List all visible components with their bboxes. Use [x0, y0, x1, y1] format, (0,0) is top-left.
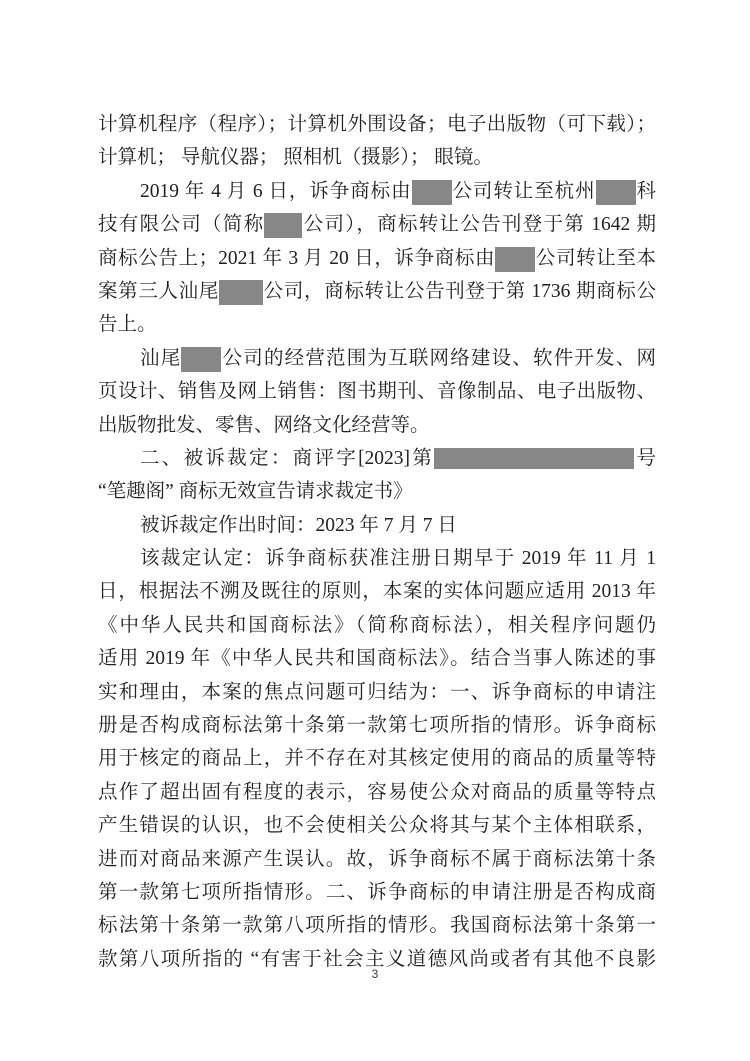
redaction-box: [434, 448, 634, 469]
text-line: 《中华人民共和国商标法》（简称商标法），相关程序问题仍: [98, 609, 656, 642]
text-segment: 被诉裁定作出时间：2023 年 7 月 7 日: [140, 515, 457, 536]
text-line: 第一款第七项所指情形。二、诉争商标的申请注册是否构成商: [98, 876, 656, 909]
text-line: 案第三人汕尾公司，商标转让公告刊登于第 1736 期商标公: [98, 275, 656, 308]
text-segment: 日，根据法不溯及既往的原则，本案的实体问题应适用 2013 年: [98, 581, 656, 602]
text-line: 产生错误的认识，也不会使相关公众将其与某个主体相联系，: [98, 809, 656, 842]
redaction-box: [495, 247, 535, 272]
text-line: 二、被诉裁定：商评字[2023]第号: [98, 442, 656, 475]
text-segment: 《中华人民共和国商标法》（简称商标法），相关程序问题仍: [98, 615, 656, 636]
text-segment: 号: [634, 448, 656, 469]
text-segment: 点作了超出固有程度的表示，容易使公众对商品的质量等特点: [98, 782, 656, 803]
text-segment: 用于核定的商品上，并不存在对其核定使用的商品的质量等特: [98, 748, 656, 769]
text-segment: 告上。: [98, 314, 157, 335]
text-segment: 册是否构成商标法第十条第一款第七项所指的情形。诉争商标: [98, 715, 656, 736]
text-segment: 案第三人汕尾: [98, 281, 219, 302]
text-line: 计算机； 导航仪器； 照相机（摄影）； 眼镜。: [98, 141, 656, 174]
text-segment: 公司），商标转让公告刊登于第 1642 期: [302, 214, 656, 235]
text-segment: 公司的经营范围为互联网络建设、软件开发、网: [221, 348, 656, 369]
text-line: 点作了超出固有程度的表示，容易使公众对商品的质量等特点: [98, 776, 656, 809]
text-segment: 汕尾: [140, 348, 181, 369]
text-segment: 公司转让至杭州: [452, 181, 596, 202]
text-line: 出版物批发、零售、网络文化经营等。: [98, 409, 656, 442]
redaction-box: [596, 180, 636, 205]
text-segment: 适用 2019 年《中华人民共和国商标法》。结合当事人陈述的事: [98, 648, 656, 669]
text-line: 标法第十条第一款第八项所指的情形。我国商标法第十条第一: [98, 909, 656, 942]
text-line: 该裁定认定：诉争商标获准注册日期早于 2019 年 11 月 1: [98, 542, 656, 575]
text-segment: 页设计、销售及网上销售：图书期刊、音像制品、电子出版物、: [98, 381, 656, 402]
text-line: 技有限公司（简称公司），商标转让公告刊登于第 1642 期: [98, 208, 656, 241]
text-line: 日，根据法不溯及既往的原则，本案的实体问题应适用 2013 年: [98, 575, 656, 608]
text-segment: 公司，商标转让公告刊登于第 1736 期商标公: [263, 281, 656, 302]
text-line: 册是否构成商标法第十条第一款第七项所指的情形。诉争商标: [98, 709, 656, 742]
text-line: 告上。: [98, 308, 656, 341]
text-line: 用于核定的商品上，并不存在对其核定使用的商品的质量等特: [98, 742, 656, 775]
text-line: 被诉裁定作出时间：2023 年 7 月 7 日: [98, 509, 656, 542]
redaction-box: [219, 280, 263, 305]
redaction-box: [264, 213, 302, 238]
text-line: 商标公告上；2021 年 3 月 20 日，诉争商标由公司转让至本: [98, 242, 656, 275]
text-segment: 出版物批发、零售、网络文化经营等。: [98, 415, 430, 436]
text-segment: 第一款第七项所指情形。二、诉争商标的申请注册是否构成商: [98, 882, 656, 903]
text-segment: 公司转让至本: [535, 248, 656, 269]
document-body: 计算机程序（程序）；计算机外围设备；电子出版物（可下载）；计算机； 导航仪器； …: [98, 108, 656, 976]
text-segment: 产生错误的认识，也不会使相关公众将其与某个主体相联系，: [98, 815, 656, 836]
text-line: 汕尾公司的经营范围为互联网络建设、软件开发、网: [98, 342, 656, 375]
text-segment: 进而对商品来源产生误认。故，诉争商标不属于商标法第十条: [98, 849, 656, 870]
text-segment: 科: [636, 181, 656, 202]
text-segment: 计算机程序（程序）；计算机外围设备；电子出版物（可下载）；: [98, 114, 656, 135]
page-number: 3: [0, 967, 750, 981]
text-segment: “笔趣阁” 商标无效宣告请求裁定书》: [98, 481, 413, 502]
text-line: 实和理由，本案的焦点问题可归结为：一、诉争商标的申请注: [98, 676, 656, 709]
text-segment: 标法第十条第一款第八项所指的情形。我国商标法第十条第一: [98, 915, 656, 936]
text-line: 2019 年 4 月 6 日，诉争商标由公司转让至杭州科: [98, 175, 656, 208]
document-page: 计算机程序（程序）；计算机外围设备；电子出版物（可下载）；计算机； 导航仪器； …: [0, 0, 750, 1061]
redaction-box: [412, 180, 452, 205]
text-segment: 该裁定认定：诉争商标获准注册日期早于 2019 年 11 月 1: [140, 548, 656, 569]
text-line: “笔趣阁” 商标无效宣告请求裁定书》: [98, 475, 656, 508]
text-segment: 2019 年 4 月 6 日，诉争商标由: [140, 181, 412, 202]
text-segment: 实和理由，本案的焦点问题可归结为：一、诉争商标的申请注: [98, 682, 656, 703]
text-segment: 计算机； 导航仪器； 照相机（摄影）； 眼镜。: [98, 147, 493, 168]
text-line: 页设计、销售及网上销售：图书期刊、音像制品、电子出版物、: [98, 375, 656, 408]
text-line: 计算机程序（程序）；计算机外围设备；电子出版物（可下载）；: [98, 108, 656, 141]
text-segment: 技有限公司（简称: [98, 214, 264, 235]
redaction-box: [181, 347, 221, 372]
text-line: 进而对商品来源产生误认。故，诉争商标不属于商标法第十条: [98, 843, 656, 876]
text-segment: 商标公告上；2021 年 3 月 20 日，诉争商标由: [98, 248, 495, 269]
text-segment: 二、被诉裁定：商评字[2023]第: [140, 448, 434, 469]
text-line: 适用 2019 年《中华人民共和国商标法》。结合当事人陈述的事: [98, 642, 656, 675]
